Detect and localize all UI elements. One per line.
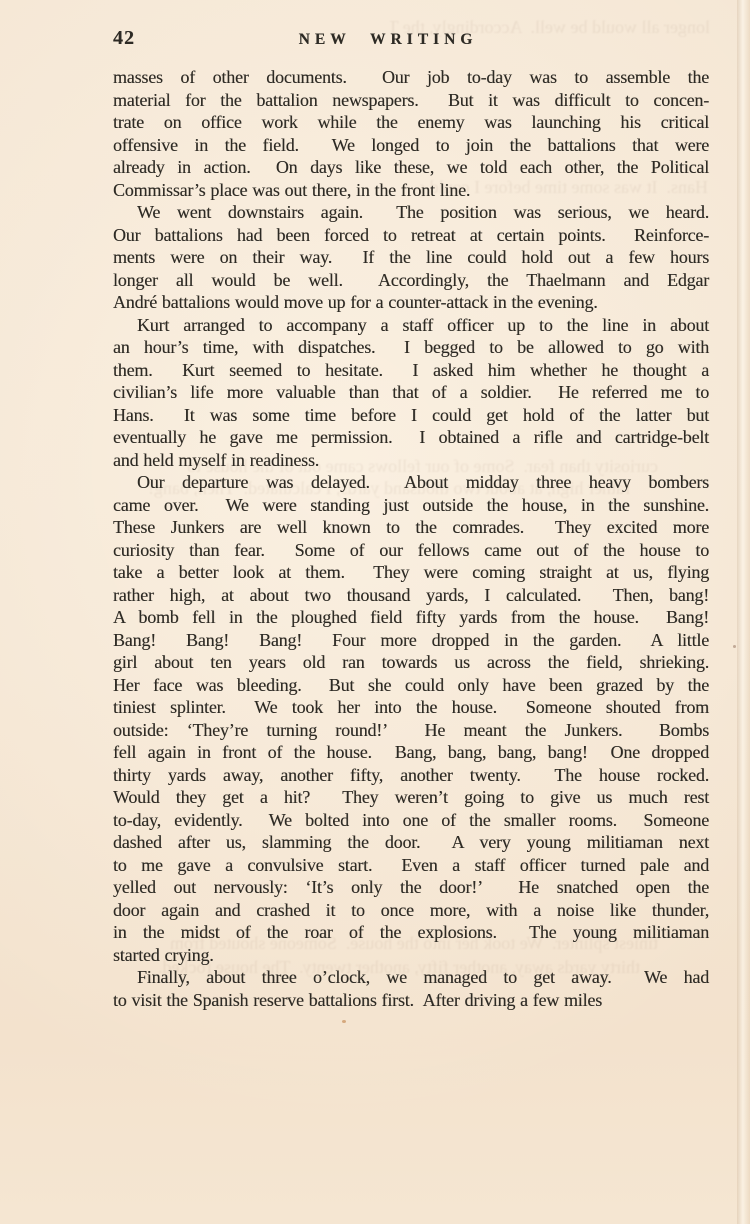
text-line: in the midst of the roar of the explosio… [113,921,709,944]
text-line: offensive in the field. We longed to joi… [113,134,709,157]
text-line: Bang! Bang! Bang! Four more dropped in t… [113,629,709,652]
text-line: Kurt arranged to accompany a staff offic… [113,314,709,337]
text-line: take a better look at them. They were co… [113,561,709,584]
text-line: an hour’s time, with dispatches. I begge… [113,336,709,359]
text-line: We went downstairs again. The position w… [113,201,709,224]
page-edge [737,0,750,1224]
text-line: yelled out nervously: ‘It’s only the doo… [113,876,709,899]
text-line: eventually he gave me permission. I obta… [113,426,709,449]
text-line: fell again in front of the house. Bang, … [113,741,709,764]
text-line: outside: ‘They’re turning round!’ He mea… [113,719,709,742]
text-line: Would they get a hit? They weren’t going… [113,786,709,809]
text-line: André battalions would move up for a cou… [113,291,709,314]
text-line: dashed after us, slamming the door. A ve… [113,831,709,854]
text-line: Our battalions had been forced to retrea… [113,224,709,247]
text-line: longer all would be well. Accordingly, t… [113,269,709,292]
text-line: Hans. It was some time before I could ge… [113,404,709,427]
text-line: to me gave a convulsive start. Even a st… [113,854,709,877]
text-line: curiosity than fear. Some of our fellows… [113,539,709,562]
text-line: masses of other documents. Our job to-da… [113,66,709,89]
running-head: NEW WRITING [90,31,686,49]
text-line: to-day, evidently. We bolted into one of… [113,809,709,832]
text-line: tiniest splinter. We took her into the h… [113,696,709,719]
book-page: longer all would be well. Accordingly, t… [0,0,750,1224]
text-line: started crying. [113,944,709,967]
text-line: Her face was bleeding. But she could onl… [113,674,709,697]
text-line: civilian’s life more valuable than that … [113,381,709,404]
text-line: and held myself in readiness. [113,449,709,472]
paper-speck [733,645,736,648]
text-line: them. Kurt seemed to hesitate. I asked h… [113,359,709,382]
text-line: door again and crashed it to once more, … [113,899,709,922]
text-line: These Junkers are well known to the comr… [113,516,709,539]
text-line: trate on office work while the enemy was… [113,111,709,134]
paper-speck [342,1020,346,1023]
text-line: Finally, about three o’clock, we managed… [113,966,709,989]
text-line: rather high, at about two thousand yards… [113,584,709,607]
text-line: already in action. On days like these, w… [113,156,709,179]
text-line: Commissar’s place was out there, in the … [113,179,709,202]
text-line: A bomb fell in the ploughed field fifty … [113,606,709,629]
body-text: masses of other documents. Our job to-da… [113,66,709,1011]
text-line: to visit the Spanish reserve battalions … [113,989,709,1012]
text-line: ments were on their way. If the line cou… [113,246,709,269]
text-line: material for the battalion newspapers. B… [113,89,709,112]
text-line: came over. We were standing just outside… [113,494,709,517]
text-line: girl about ten years old ran towards us … [113,651,709,674]
text-line: Our departure was delayed. About midday … [113,471,709,494]
text-line: thirty yards away, another fifty, anothe… [113,764,709,787]
